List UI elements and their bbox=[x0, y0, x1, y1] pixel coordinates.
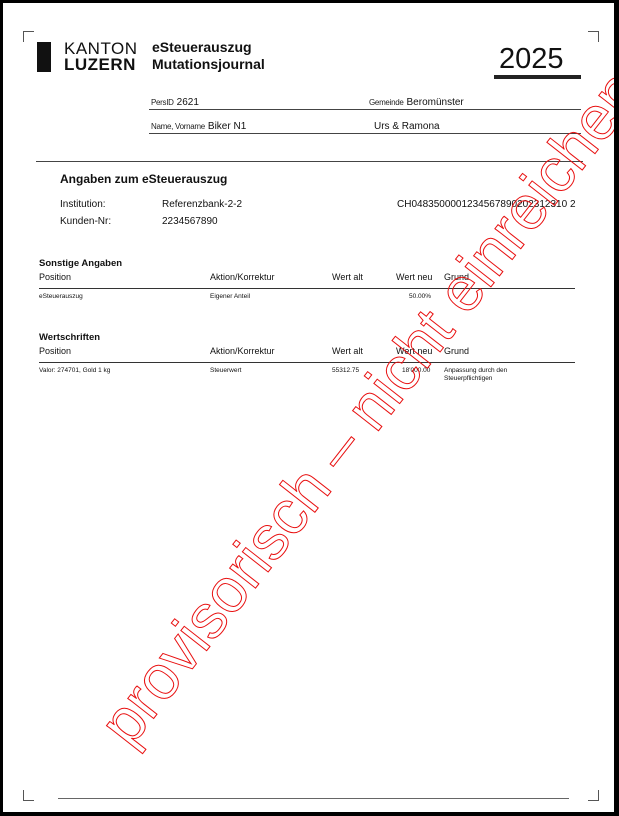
year-underline bbox=[494, 75, 581, 79]
grund-line-1: Anpassung durch den bbox=[444, 367, 507, 375]
col-position: Position bbox=[39, 346, 71, 356]
kunden-value: 2234567890 bbox=[162, 216, 218, 227]
institution-label: Institution: bbox=[60, 199, 106, 210]
angaben-heading: Angaben zum eSteuerauszug bbox=[60, 172, 227, 186]
field-underline bbox=[149, 133, 581, 134]
crop-mark-top-right bbox=[588, 31, 599, 42]
field-underline bbox=[149, 109, 581, 110]
persid-label: PersID bbox=[151, 98, 174, 107]
grund-line-2: Steuerpflichtigen bbox=[444, 375, 507, 383]
gemeinde-field: GemeindeBeromünster bbox=[369, 97, 464, 108]
col-wert-neu: Wert neu bbox=[396, 272, 432, 282]
col-aktion: Aktion/Korrektur bbox=[210, 346, 275, 356]
wertschriften-title: Wertschriften bbox=[39, 332, 100, 343]
crop-mark-top-left bbox=[23, 31, 34, 42]
footer-line bbox=[58, 798, 569, 799]
cell-position: eSteuerauszug bbox=[39, 293, 83, 301]
provisional-watermark: provisorisch – nicht einreichen bbox=[86, 179, 561, 759]
cell-position: Valor: 274701, Gold 1 kg bbox=[39, 367, 110, 375]
document-page: KANTON LUZERN eSteuerauszug Mutationsjou… bbox=[3, 3, 614, 812]
vorname-field: Urs & Ramona bbox=[374, 121, 440, 132]
name-value: Biker N1 bbox=[208, 121, 246, 132]
crop-mark-bottom-right bbox=[588, 790, 599, 801]
sonstige-title: Sonstige Angaben bbox=[39, 258, 122, 269]
cell-aktion: Steuerwert bbox=[210, 367, 241, 375]
persid-field: PersID2621 bbox=[151, 97, 199, 108]
col-aktion: Aktion/Korrektur bbox=[210, 272, 275, 282]
col-wert-alt: Wert alt bbox=[332, 272, 363, 282]
cell-aktion: Eigener Anteil bbox=[210, 293, 250, 301]
gemeinde-value: Beromünster bbox=[407, 97, 464, 108]
title-line-1: eSteuerauszug bbox=[152, 39, 265, 56]
title-line-2: Mutationsjournal bbox=[152, 56, 265, 73]
tax-year: 2025 bbox=[499, 43, 564, 76]
section-divider bbox=[36, 161, 583, 162]
gemeinde-label: Gemeinde bbox=[369, 98, 404, 107]
vorname-value: Urs & Ramona bbox=[374, 121, 440, 132]
logo-mark-icon bbox=[37, 42, 51, 72]
col-grund: Grund bbox=[444, 346, 469, 356]
table-rule bbox=[39, 362, 575, 363]
cell-wert-neu: 18'000.00 bbox=[402, 367, 430, 375]
cell-grund: Anpassung durch den Steuerpflichtigen bbox=[444, 367, 507, 383]
persid-value: 2621 bbox=[177, 97, 199, 108]
document-title: eSteuerauszug Mutationsjournal bbox=[152, 39, 265, 73]
cell-wert-alt: 55312.75 bbox=[332, 367, 359, 375]
name-label: Name, Vorname bbox=[151, 122, 205, 131]
col-wert-alt: Wert alt bbox=[332, 346, 363, 356]
col-position: Position bbox=[39, 272, 71, 282]
canton-logo: KANTON LUZERN bbox=[64, 41, 138, 73]
logo-line-2: LUZERN bbox=[64, 57, 138, 73]
crop-mark-bottom-left bbox=[23, 790, 34, 801]
iban-value: CH0483500001234567890202312310 2 bbox=[397, 199, 576, 210]
table-rule bbox=[39, 288, 575, 289]
col-grund: Grund bbox=[444, 272, 469, 282]
col-wert-neu: Wert neu bbox=[396, 346, 432, 356]
institution-value: Referenzbank-2-2 bbox=[162, 199, 242, 210]
kunden-label: Kunden-Nr: bbox=[60, 216, 111, 227]
cell-wert-neu: 50.00% bbox=[409, 293, 431, 301]
name-field: Name, VornameBiker N1 bbox=[151, 121, 246, 132]
